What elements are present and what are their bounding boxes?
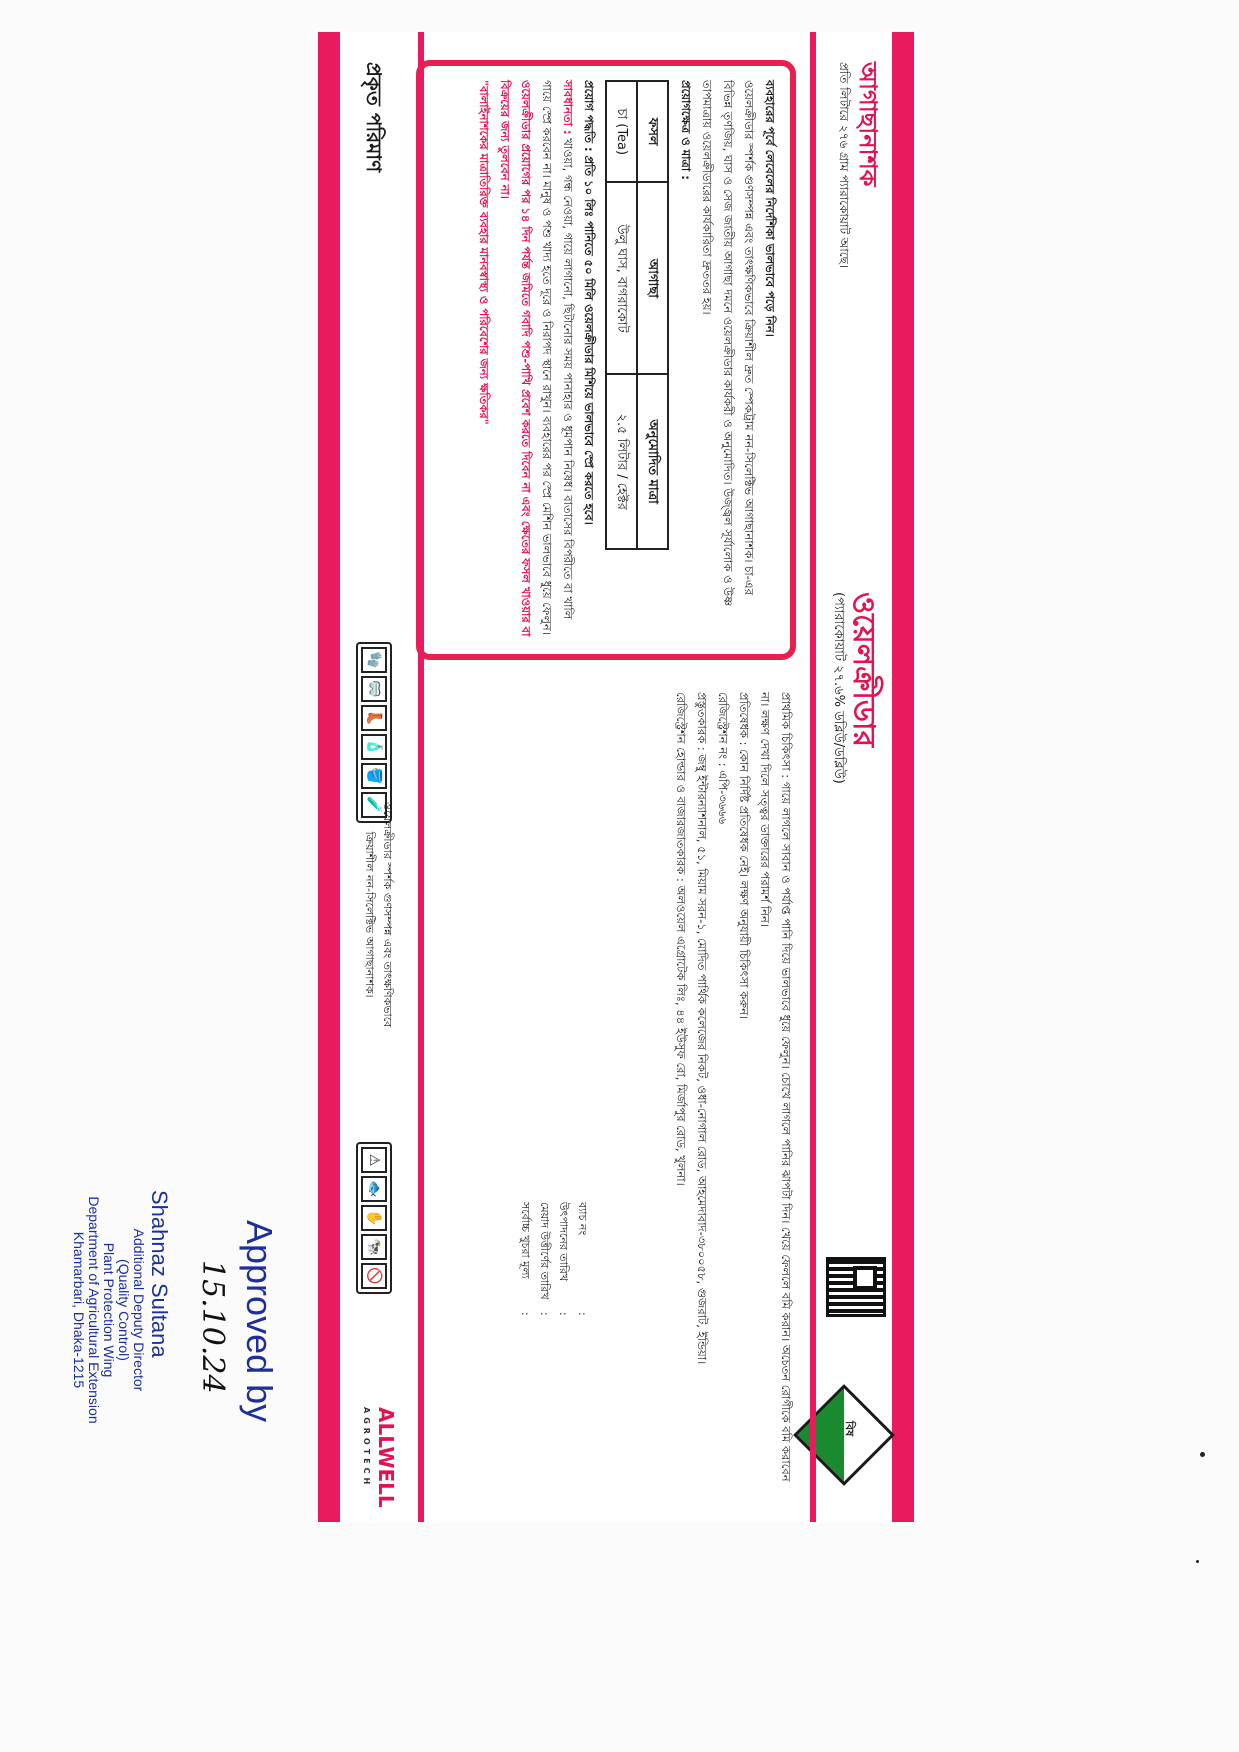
poison-badge: বিষ bbox=[780, 1377, 890, 1487]
precaution: সাবধানতা : খাওয়া, গন্ধ নেওয়া, গায়ে লা… bbox=[536, 80, 578, 640]
batch-row: ব্যাচ নং: bbox=[573, 1202, 592, 1316]
environment-note: "বালাইনাশকের মাত্রাতিরিক্ত ব্যবহার মানবস… bbox=[473, 80, 494, 640]
approver-title: Additional Deputy Director (Quality Cont… bbox=[71, 1180, 146, 1440]
registration-number: রেজিস্ট্রেশন নং : এপি-৩৬৬৬ bbox=[712, 692, 733, 1492]
approved-by-heading: Approved by bbox=[238, 1220, 280, 1422]
brand-logo: ALLWELL AGROTECH bbox=[356, 1407, 396, 1508]
precaution-text: খাওয়া, গন্ধ নেওয়া, গায়ে লাগানো, ছিটান… bbox=[540, 80, 575, 635]
scan-speck bbox=[1196, 1560, 1199, 1563]
batch-row: মেয়াদ উত্তীর্ণের তারিখ: bbox=[535, 1202, 554, 1316]
batch-info: ব্যাচ নং: উৎপাদনের তারিখ: মেয়াদ উত্তীর্… bbox=[516, 1202, 592, 1316]
bottle-icon: 🧴 bbox=[361, 734, 387, 760]
label-sheet: আগাছানাশক প্রতি লিটারে ২৭৬ গ্রাম প্যারাক… bbox=[318, 32, 914, 1522]
divider-top bbox=[810, 32, 816, 1522]
product-label: আগাছানাশক প্রতি লিটারে ২৭৬ গ্রাম প্যারাক… bbox=[318, 32, 914, 1522]
dose-header-rate: অনুমোদিত মাত্রা bbox=[637, 374, 668, 549]
registration-holder: রেজিস্ট্রেশন হোল্ডার ও বাজারজাতকারক : অল… bbox=[670, 692, 691, 1492]
caution-line-1: ব্যবহারের পূর্বে লেবেলের নির্দেশিকা ভালভ… bbox=[759, 80, 780, 640]
first-aid: প্রাথমিক চিকিৎসা : গায়ে লাগলে সাবান ও প… bbox=[754, 692, 796, 1492]
hand-icon: ✋ bbox=[361, 1205, 387, 1231]
dose-rate: ২.৫ লিটার / হেক্টর bbox=[606, 374, 637, 549]
footer-description: ওয়েলক্রীডার স্পর্শক গুণসম্পন্ন এবং তাৎক… bbox=[360, 802, 396, 1027]
manufacturer: প্রস্তুতকারক : জম্বু ইন্টারন্যাশনাল, ৫১,… bbox=[691, 692, 712, 1492]
approver-name: Shahnaz Sultana bbox=[146, 1190, 172, 1358]
fish-icon: 🐟 bbox=[361, 1176, 387, 1202]
boots-icon: 👢 bbox=[361, 705, 387, 731]
dose-header-crop: ফসল bbox=[637, 81, 668, 182]
category-title: আগাছানাশক bbox=[846, 62, 886, 186]
precaution-label: সাবধানতা : bbox=[561, 80, 575, 135]
caution-line-2: ওয়েলক্রীডার স্পর্শক গুণসম্পন্ন এবং তাৎক… bbox=[738, 80, 759, 640]
net-content-label: প্রকৃত পরিমাণ bbox=[355, 62, 388, 172]
brand-sub: AGROTECH bbox=[356, 1407, 376, 1508]
active-content: প্রতি লিটারে ২৭৬ গ্রাম প্যারাকোয়াট আছে। bbox=[832, 62, 852, 268]
dose-table: ফসল আগাছা অনুমোদিত মাত্রা চা (Tea) উলু ঘ… bbox=[605, 80, 669, 550]
goggles-icon: 🥽 bbox=[361, 676, 387, 702]
caution-line-4: তাপমাত্রায় ওয়েলক্রীডারের কার্যকারিতা দ… bbox=[696, 80, 717, 640]
safety-pictograms-left: 🧤 🥽 👢 🧴 🪣 🧪 bbox=[356, 642, 392, 823]
info-column: প্রাথমিক চিকিৎসা : গায়ে লাগলে সাবান ও প… bbox=[670, 692, 796, 1492]
application-method: প্রয়োগ পদ্ধতি : প্রতি ১০ লিঃ পানিতে ৫০ … bbox=[578, 80, 599, 640]
batch-row: উৎপাদনের তারিখ: bbox=[554, 1202, 573, 1316]
qr-code-icon[interactable] bbox=[826, 1257, 886, 1317]
divider-bottom bbox=[418, 32, 424, 1522]
usage-box: ব্যবহারের পূর্বে লেবেলের নির্দেশিকা ভালভ… bbox=[416, 60, 796, 660]
dose-header-weed: আগাছা bbox=[637, 182, 668, 374]
safety-pictograms-right: ⚠ 🐟 ✋ 🐄 🚫 bbox=[356, 1142, 392, 1294]
dose-weed: উলু ঘাস, বাগরাকোট bbox=[606, 182, 637, 374]
warning-icon: ⚠ bbox=[361, 1147, 387, 1173]
dose-heading: প্রয়োগক্ষেত্র ও মাত্রা : bbox=[675, 80, 696, 640]
scan-speck bbox=[1200, 1452, 1205, 1457]
antidote: প্রতিষেধক : কোন নির্দিষ্ট প্রতিষেধক নেই।… bbox=[733, 692, 754, 1492]
bucket-icon: 🪣 bbox=[361, 763, 387, 789]
caution-line-3: বিভিন্ন তৃণজিয়, ঘাস ও সেজ জাতীয় আগাছা … bbox=[717, 80, 738, 640]
precaution-red: ওয়েলক্রীডার প্রয়োগের পর ১৪ দিন পর্যন্ত… bbox=[494, 80, 536, 640]
poison-badge-text: বিষ bbox=[839, 1421, 858, 1436]
signature: 15.10.24 bbox=[195, 1260, 230, 1394]
cattle-icon: 🐄 bbox=[361, 1234, 387, 1260]
gloves-icon: 🧤 bbox=[361, 647, 387, 673]
no-entry-icon: 🚫 bbox=[361, 1263, 387, 1289]
brand-name: ALLWELL bbox=[376, 1407, 396, 1508]
approval-stamp: Approved by 15.10.24 Shahnaz Sultana Add… bbox=[40, 1180, 280, 1600]
batch-row: সর্বোচ্চ খুচরা মূল্য: bbox=[516, 1202, 535, 1316]
table-row: চা (Tea) উলু ঘাস, বাগরাকোট ২.৫ লিটার / হ… bbox=[606, 81, 637, 549]
dose-crop: চা (Tea) bbox=[606, 81, 637, 182]
product-formula: (প্যারাকোয়াট ২৭.৬% ডব্লিউ/ডব্লিউ) bbox=[827, 592, 848, 784]
